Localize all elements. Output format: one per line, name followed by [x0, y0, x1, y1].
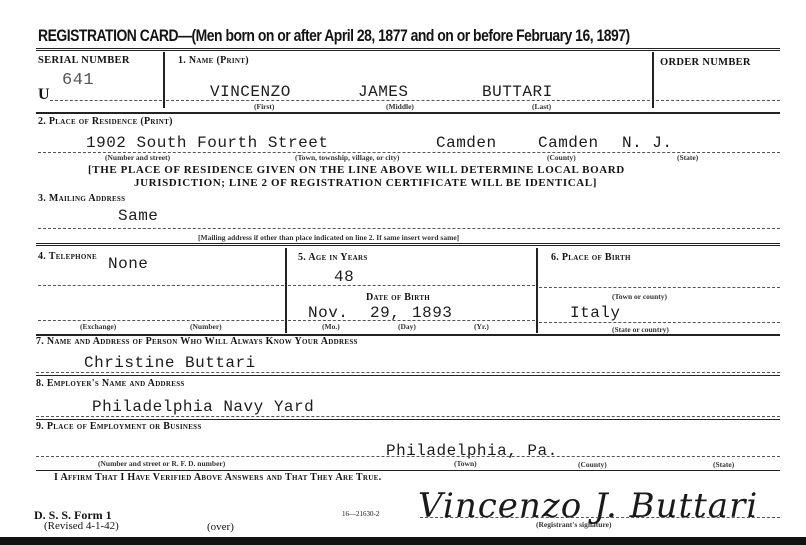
mailing-address-label: 3. Mailing Address: [38, 193, 125, 204]
telephone-divider: [285, 248, 287, 333]
mailing-address-value[interactable]: Same: [118, 207, 158, 225]
row-divider-3: [36, 243, 780, 246]
number-caption: (Number): [190, 322, 222, 331]
affirmation-text: I Affirm That I Have Verified Above Answ…: [54, 472, 381, 483]
contact-person-line: [36, 372, 780, 373]
residence-state-value[interactable]: N. J.: [622, 134, 673, 152]
telephone-line-1: [38, 285, 284, 286]
month-caption: (Mo.): [322, 322, 340, 331]
title-rule: [36, 48, 780, 51]
residence-notice-line1: [THE PLACE OF RESIDENCE GIVEN ON THE LIN…: [88, 164, 728, 177]
age-value[interactable]: 48: [334, 268, 354, 286]
employer-line: [36, 416, 780, 417]
signature-caption: (Registrant's signature): [536, 520, 611, 529]
employer-value[interactable]: Philadelphia Navy Yard: [92, 398, 314, 416]
form-title: REGISTRATION CARD—(Men born on or after …: [38, 26, 630, 46]
employment-street-caption: (Number and street or R. F. D. number): [98, 459, 225, 468]
birth-date-line: [288, 320, 535, 321]
last-caption: (Last): [532, 102, 551, 111]
birth-date-label: Date of Birth: [366, 292, 430, 303]
serial-number-label: SERIAL NUMBER: [38, 55, 130, 66]
name-label: 1. Name (Print): [178, 55, 249, 66]
serial-number-value[interactable]: 641: [62, 71, 94, 90]
scan-edge: [0, 537, 806, 545]
signature-line: [420, 517, 780, 518]
mailing-note: [Mailing address if other than place ind…: [198, 233, 459, 242]
employment-line: [36, 456, 780, 457]
telephone-line-2: [38, 320, 284, 321]
employer-label: 8. Employer's Name and Address: [36, 378, 185, 389]
order-number-field[interactable]: [656, 100, 780, 101]
employment-state-caption: (State): [713, 460, 734, 469]
row-divider-8: [36, 419, 780, 420]
day-caption: (Day): [398, 322, 416, 331]
age-line: [288, 285, 535, 286]
age-label: 5. Age in Years: [298, 252, 368, 263]
residence-notice-line2: JURISDICTION; LINE 2 OF REGISTRATION CER…: [134, 177, 734, 190]
employment-town-caption: (Town): [454, 459, 477, 468]
employment-place-label: 9. Place of Employment or Business: [36, 421, 202, 432]
first-caption: (First): [254, 102, 274, 111]
birth-country-line: [539, 322, 780, 323]
order-divider: [652, 52, 654, 108]
telephone-value[interactable]: None: [108, 255, 148, 273]
exchange-caption: (Exchange): [80, 322, 116, 331]
telephone-label: 4. Telephone: [38, 251, 97, 262]
print-code: 16—21630-2: [342, 510, 379, 518]
residence-town-value[interactable]: Camden: [436, 134, 497, 152]
first-name-value[interactable]: VINCENZO: [210, 83, 291, 101]
middle-caption: (Middle): [386, 102, 414, 111]
birth-town-caption: (Town or county): [612, 292, 667, 301]
mailing-line: [38, 228, 780, 229]
contact-person-value[interactable]: Christine Buttari: [84, 354, 256, 372]
street-caption: (Number and street): [105, 153, 170, 162]
employment-county-caption: (County): [578, 460, 607, 469]
county-caption: (County): [547, 153, 576, 162]
form-over: (over): [207, 521, 234, 533]
town-caption: (Town, township, village, or city): [295, 153, 399, 162]
residence-label: 2. Place of Residence (Print): [38, 116, 173, 127]
state-caption: (State): [677, 153, 698, 162]
residence-county-value[interactable]: Camden: [538, 134, 599, 152]
row-divider-9: [36, 470, 780, 471]
order-number-label: ORDER NUMBER: [660, 57, 751, 68]
employment-town-value[interactable]: Philadelphia, Pa.: [386, 442, 558, 460]
birth-place-label: 6. Place of Birth: [551, 252, 631, 263]
year-caption: (Yr.): [474, 322, 489, 331]
residence-street-value[interactable]: 1902 South Fourth Street: [86, 134, 328, 152]
form-revised: (Revised 4-1-42): [44, 520, 119, 532]
birth-town-line: [539, 287, 780, 288]
serial-prefix: U: [38, 86, 50, 104]
birthplace-divider: [536, 248, 538, 333]
serial-line: [50, 100, 162, 101]
middle-name-value[interactable]: JAMES: [358, 83, 409, 101]
contact-person-label: 7. Name and Address of Person Who Will A…: [36, 336, 358, 347]
name-line: [166, 100, 650, 101]
row-divider-7: [36, 375, 780, 376]
birth-country-caption: (State or country): [612, 325, 669, 334]
row-divider-1: [36, 112, 780, 114]
last-name-value[interactable]: BUTTARI: [482, 83, 553, 101]
serial-divider: [163, 52, 165, 108]
birth-country-value[interactable]: Italy: [570, 304, 621, 322]
